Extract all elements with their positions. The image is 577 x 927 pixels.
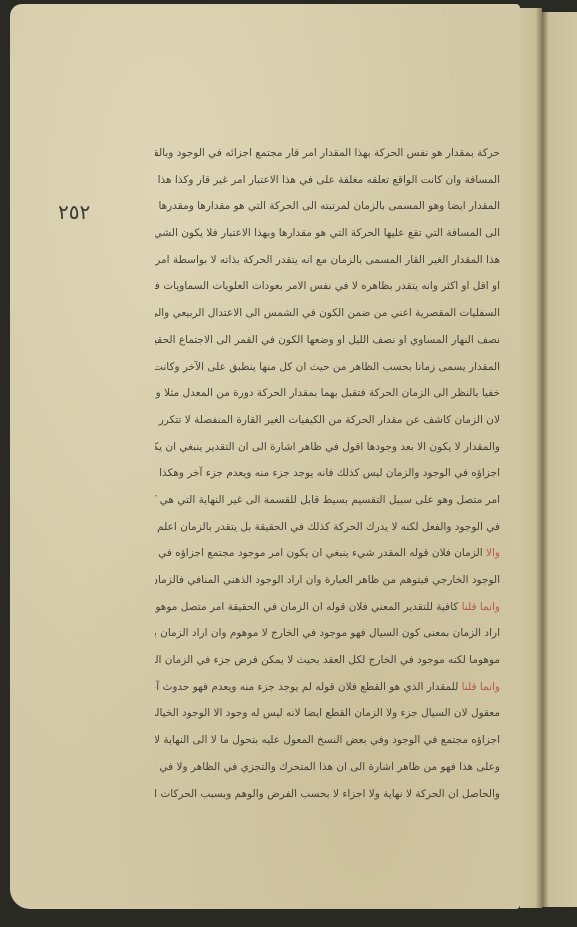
rubric-word: والا — [483, 547, 500, 559]
manuscript-line: وعلى هذا فهو من ظاهر اشارة الى ان هذا ال… — [155, 754, 500, 781]
manuscript-line: اجزاؤه في الوجود والزمان ليس كذلك فانه ي… — [155, 460, 500, 487]
line-text: السفليات المقصرية اعني من ضمن الكون في ا… — [155, 307, 500, 319]
line-text: للمقدار الذي هو القطع فلان قوله لم يوجد … — [155, 681, 458, 693]
line-text: في الوجود والفعل لكنه لا يدرك الحركة كذل… — [155, 521, 500, 533]
line-text: والمقدار لا يكون الا بعد وجودها اقول في … — [155, 441, 500, 453]
manuscript-line: هذا المقدار الغير القار المسمى بالزمان م… — [155, 247, 500, 274]
line-text: المقدار ايضا وهو المسمى بالزمان لمرتبته … — [155, 200, 500, 212]
line-text: لان الزمان كاشف عن مقدار الحركة من الكيف… — [155, 414, 500, 426]
line-text: كافية للتقدير المعني فلان قوله ان الزمان… — [155, 601, 458, 613]
manuscript-line: السفليات المقصرية اعني من ضمن الكون في ا… — [155, 300, 500, 327]
manuscript-line: موهوما لكنه موجود في الخارج لكل العقد بح… — [155, 647, 500, 674]
line-text: اجزاؤه مجتمع في الوجود وفي بعض النسخ الم… — [155, 734, 500, 746]
line-text: المسافة وان كانت الواقع تعلقه مغلقة على … — [155, 174, 500, 186]
manuscript-line: وانما قلنا كافية للتقدير المعني فلان قول… — [155, 594, 500, 621]
adjacent-page-edge — [542, 12, 577, 907]
manuscript-line: او اقل او اكثر وانه يتقدر بظاهره لا في ن… — [155, 273, 500, 300]
line-text: حركة بمقدار هو نفس الحركة بهذا المقدار ا… — [155, 147, 500, 159]
manuscript-line: اراد الزمان بمعنى كون السيال فهو موجود ف… — [155, 620, 500, 647]
manuscript-line: لان الزمان كاشف عن مقدار الحركة من الكيف… — [155, 407, 500, 434]
manuscript-line: والمقدار لا يكون الا بعد وجودها اقول في … — [155, 434, 500, 461]
manuscript-line: في الوجود والفعل لكنه لا يدرك الحركة كذل… — [155, 514, 500, 541]
line-text: موهوما لكنه موجود في الخارج لكل العقد بح… — [155, 654, 500, 666]
manuscript-line: معقول لان السيال جزء ولا الزمان القطع اي… — [155, 700, 500, 727]
manuscript-line: الوجود الخارجي فيتوهم من ظاهر العبارة وا… — [155, 567, 500, 594]
manuscript-line: وانما قلنا للمقدار الذي هو القطع فلان قو… — [155, 674, 500, 701]
line-text: امر متصل وهو على سبيل التقسيم بسيط قابل … — [155, 494, 500, 506]
line-text: المقدار يسمى زمانا بحسب الظاهر من حيث ان… — [155, 361, 500, 373]
manuscript-line: حركة بمقدار هو نفس الحركة بهذا المقدار ا… — [155, 140, 500, 167]
line-text: معقول لان السيال جزء ولا الزمان القطع اي… — [155, 707, 500, 719]
line-text: اراد الزمان بمعنى كون السيال فهو موجود ف… — [155, 627, 500, 639]
line-text: اجزاؤه في الوجود والزمان ليس كذلك فانه ي… — [155, 467, 500, 479]
folio-number: ٢٥٢ — [58, 200, 90, 224]
line-text: الوجود الخارجي فيتوهم من ظاهر العبارة وا… — [155, 574, 500, 586]
line-text: وعلى هذا فهو من ظاهر اشارة الى ان هذا ال… — [155, 761, 500, 773]
manuscript-line: والا الزمان فلان قوله المقدر شيء ينبغي ا… — [155, 540, 500, 567]
manuscript-text-block: حركة بمقدار هو نفس الحركة بهذا المقدار ا… — [155, 140, 500, 807]
manuscript-line: والحاصل ان الحركة لا نهاية ولا اجزاء لا … — [155, 781, 500, 808]
line-text: هذا المقدار الغير القار المسمى بالزمان م… — [155, 254, 500, 266]
line-text: الزمان فلان قوله المقدر شيء ينبغي ان يكو… — [155, 547, 483, 559]
manuscript-line: المسافة وان كانت الواقع تعلقه مغلقة على … — [155, 167, 500, 194]
line-text: او اقل او اكثر وانه يتقدر بظاهره لا في ن… — [155, 280, 500, 292]
line-text: الى المسافة التي تقع عليها الحركة التي ه… — [155, 227, 500, 239]
manuscript-line: امر متصل وهو على سبيل التقسيم بسيط قابل … — [155, 487, 500, 514]
rubric-word: وانما قلنا — [458, 681, 500, 693]
line-text: نصف النهار المساوي او نصف الليل او وضعها… — [155, 334, 500, 346]
manuscript-line: نصف النهار المساوي او نصف الليل او وضعها… — [155, 327, 500, 354]
line-text: والحاصل ان الحركة لا نهاية ولا اجزاء لا … — [155, 788, 500, 800]
manuscript-line: المقدار يسمى زمانا بحسب الظاهر من حيث ان… — [155, 354, 500, 381]
manuscript-line: المقدار ايضا وهو المسمى بالزمان لمرتبته … — [155, 193, 500, 220]
manuscript-line: اجزاؤه مجتمع في الوجود وفي بعض النسخ الم… — [155, 727, 500, 754]
manuscript-line: خفيا بالنظر الى الزمان الحركة فتقبل بهما… — [155, 380, 500, 407]
book-spine-gutter — [520, 8, 542, 908]
line-text: خفيا بالنظر الى الزمان الحركة فتقبل بهما… — [155, 387, 500, 399]
manuscript-line: الى المسافة التي تقع عليها الحركة التي ه… — [155, 220, 500, 247]
rubric-word: وانما قلنا — [458, 601, 500, 613]
